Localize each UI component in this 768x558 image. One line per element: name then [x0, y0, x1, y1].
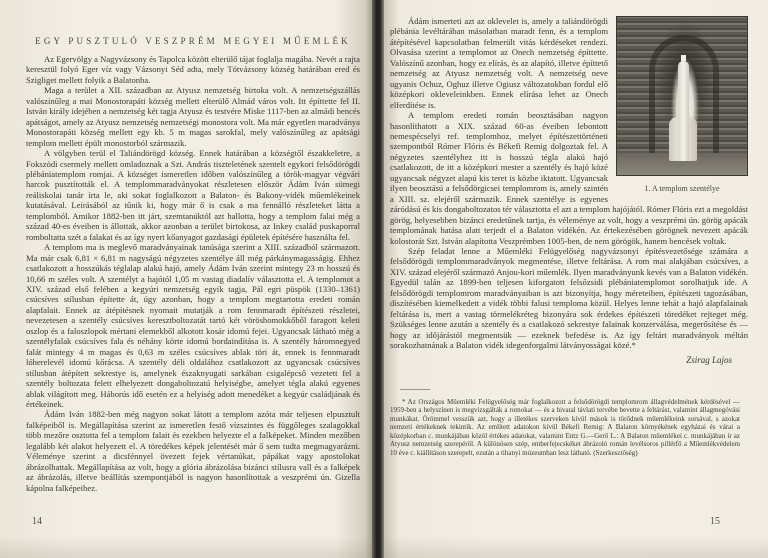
book-gutter: [372, 0, 384, 558]
running-head: EGY PUSZTULÓ VESZPRÉM MEGYEI MŰEMLÉK: [26, 36, 360, 46]
page-edge-shadow: [0, 536, 372, 558]
left-page: EGY PUSZTULÓ VESZPRÉM MEGYEI MŰEMLÉK Az …: [0, 0, 372, 558]
paragraph: A völgyben terül el Taliándörögd község.…: [26, 148, 360, 242]
right-page: 1. A templom szentélye Ádám ismerteti az…: [384, 0, 768, 558]
page-number: 14: [32, 516, 42, 527]
footnote: * Az Országos Műemléki Felügyelőség már …: [390, 398, 740, 458]
figure: 1. A templom szentélye: [616, 16, 748, 193]
paragraph: Szép feladat lenne a Műemléki Felügyelős…: [390, 246, 748, 351]
paragraph: Ádám Iván 1882-ben még nagyon sokat láto…: [26, 409, 360, 493]
figure-caption: 1. A templom szentélye: [616, 184, 748, 193]
footnote-divider: [400, 389, 430, 390]
page-edge-shadow: [384, 536, 768, 558]
cross-icon: [681, 55, 686, 61]
page-number: 15: [710, 516, 720, 527]
monument-pillar-shape: [678, 61, 689, 161]
author-signature: Zsirag Lajos: [390, 355, 732, 365]
paragraph: A templom ma is meglevő maradványainak t…: [26, 242, 360, 409]
book-spread: EGY PUSZTULÓ VESZPRÉM MEGYEI MŰEMLÉK Az …: [0, 0, 768, 558]
paragraph: Maga a terület a XII. században az Atyus…: [26, 85, 360, 148]
paragraph: Az Egervölgy a Nagyvázsony és Tapolca kö…: [26, 54, 360, 85]
photo-church-sanctuary-ruin-icon: [616, 16, 748, 176]
